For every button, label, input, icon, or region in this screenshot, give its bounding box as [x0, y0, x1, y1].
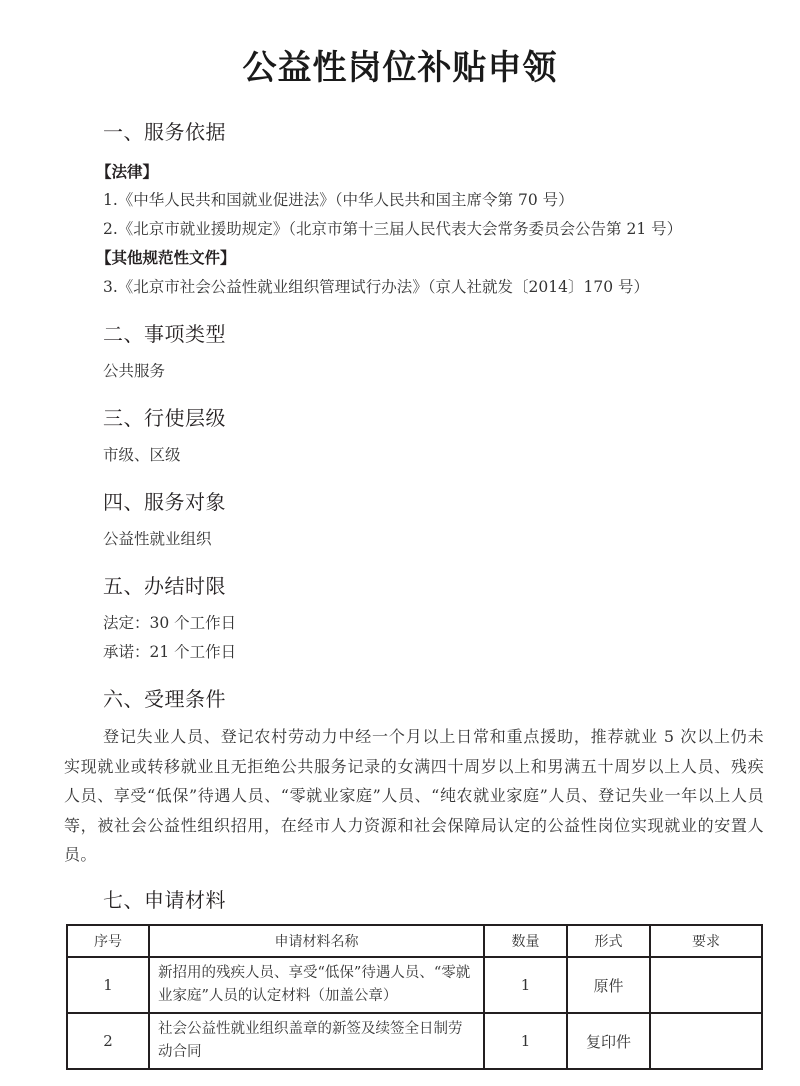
law-item-2: 2.《北京市就业援助规定》（北京市第十三届人民代表大会常务委员会公告第 21 号…: [103, 217, 682, 239]
target-value: 公益性就业组织: [103, 527, 212, 549]
table-header-row: 序号 申请材料名称 数量 形式 要求: [67, 925, 762, 957]
cell-material-name: 新招用的残疾人员、享受“低保”待遇人员、“零就业家庭”人员的认定材料（加盖公章）: [149, 957, 484, 1013]
column-header-qty: 数量: [484, 925, 567, 957]
page-title: 公益性岗位补贴申领: [0, 40, 800, 89]
section-heading-conditions: 六、受理条件: [103, 683, 226, 712]
section-heading-level: 三、行使层级: [103, 402, 226, 431]
statutory-time-limit: 法定：30 个工作日: [103, 611, 236, 633]
other-docs-label: 【其他规范性文件】: [96, 246, 236, 268]
other-doc-item-3: 3.《北京市社会公益性就业组织管理试行办法》（京人社就发〔2014〕170 号）: [103, 275, 649, 297]
cell-requirement: [650, 957, 762, 1013]
section-heading-basis: 一、服务依据: [103, 116, 226, 145]
promised-time-limit: 承诺：21 个工作日: [103, 640, 236, 662]
column-header-form: 形式: [567, 925, 650, 957]
cell-form: 复印件: [567, 1013, 650, 1069]
type-value: 公共服务: [103, 359, 165, 381]
cell-no: 2: [67, 1013, 149, 1069]
section-heading-materials: 七、申请材料: [103, 884, 226, 913]
cell-requirement: [650, 1013, 762, 1069]
cell-form: 原件: [567, 957, 650, 1013]
section-heading-type: 二、事项类型: [103, 318, 226, 347]
cell-qty: 1: [484, 1013, 567, 1069]
column-header-name: 申请材料名称: [149, 925, 484, 957]
level-value: 市级、区级: [103, 443, 181, 465]
materials-table: 序号 申请材料名称 数量 形式 要求 1 新招用的残疾人员、享受“低保”待遇人员…: [66, 924, 763, 1070]
section-heading-target: 四、服务对象: [103, 486, 226, 515]
law-item-1: 1.《中华人民共和国就业促进法》（中华人民共和国主席令第 70 号）: [103, 188, 574, 210]
conditions-paragraph: 登记失业人员、登记农村劳动力中经一个月以上日常和重点援助，推荐就业 5 次以上仍…: [64, 722, 764, 870]
section-heading-time-limit: 五、办结时限: [103, 570, 226, 599]
table-row: 2 社会公益性就业组织盖章的新签及续签全日制劳动合同 1 复印件: [67, 1013, 762, 1069]
cell-qty: 1: [484, 957, 567, 1013]
column-header-no: 序号: [67, 925, 149, 957]
cell-no: 1: [67, 957, 149, 1013]
table-row: 1 新招用的残疾人员、享受“低保”待遇人员、“零就业家庭”人员的认定材料（加盖公…: [67, 957, 762, 1013]
cell-material-name: 社会公益性就业组织盖章的新签及续签全日制劳动合同: [149, 1013, 484, 1069]
law-label: 【法律】: [96, 160, 158, 182]
column-header-requirement: 要求: [650, 925, 762, 957]
